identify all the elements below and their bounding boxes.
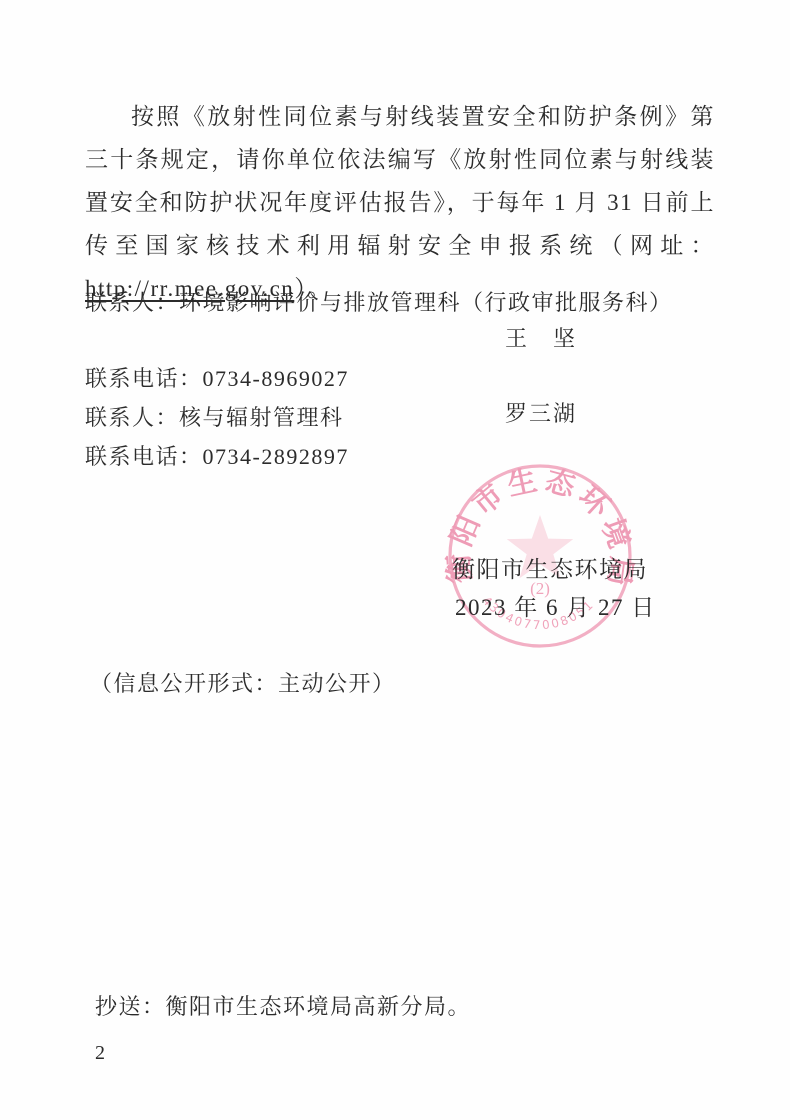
phone-line-2: 联系电话：0734-2892897 [85,440,349,471]
disclosure-note: （信息公开形式：主动公开） [90,667,396,698]
contact-line-1: 联系人：环境影响评价与排放管理科（行政审批服务科） [85,286,673,317]
document-page: 按照《放射性同位素与射线装置安全和防护条例》第三十条规定，请你单位依法编写《放射… [0,0,790,1120]
signature-date: 2023 年 6 月 27 日 [455,589,656,622]
signer-name-1: 王 坚 [505,322,577,353]
signature-organization: 衡阳市生态环境局 [452,551,648,584]
phone-line-1: 联系电话：0734-8969027 [85,362,349,393]
signer-name-2: 罗三湖 [505,397,577,428]
cc-line: 抄送：衡阳市生态环境局高新分局。 [95,990,471,1021]
contact-line-2: 联系人：核与辐射管理科 [85,401,344,432]
body-paragraph: 按照《放射性同位素与射线装置安全和防护条例》第三十条规定，请你单位依法编写《放射… [85,95,715,310]
page-number: 2 [95,1042,107,1065]
paragraph-text: 按照《放射性同位素与射线装置安全和防护条例》第三十条规定，请你单位依法编写《放射… [85,104,715,258]
